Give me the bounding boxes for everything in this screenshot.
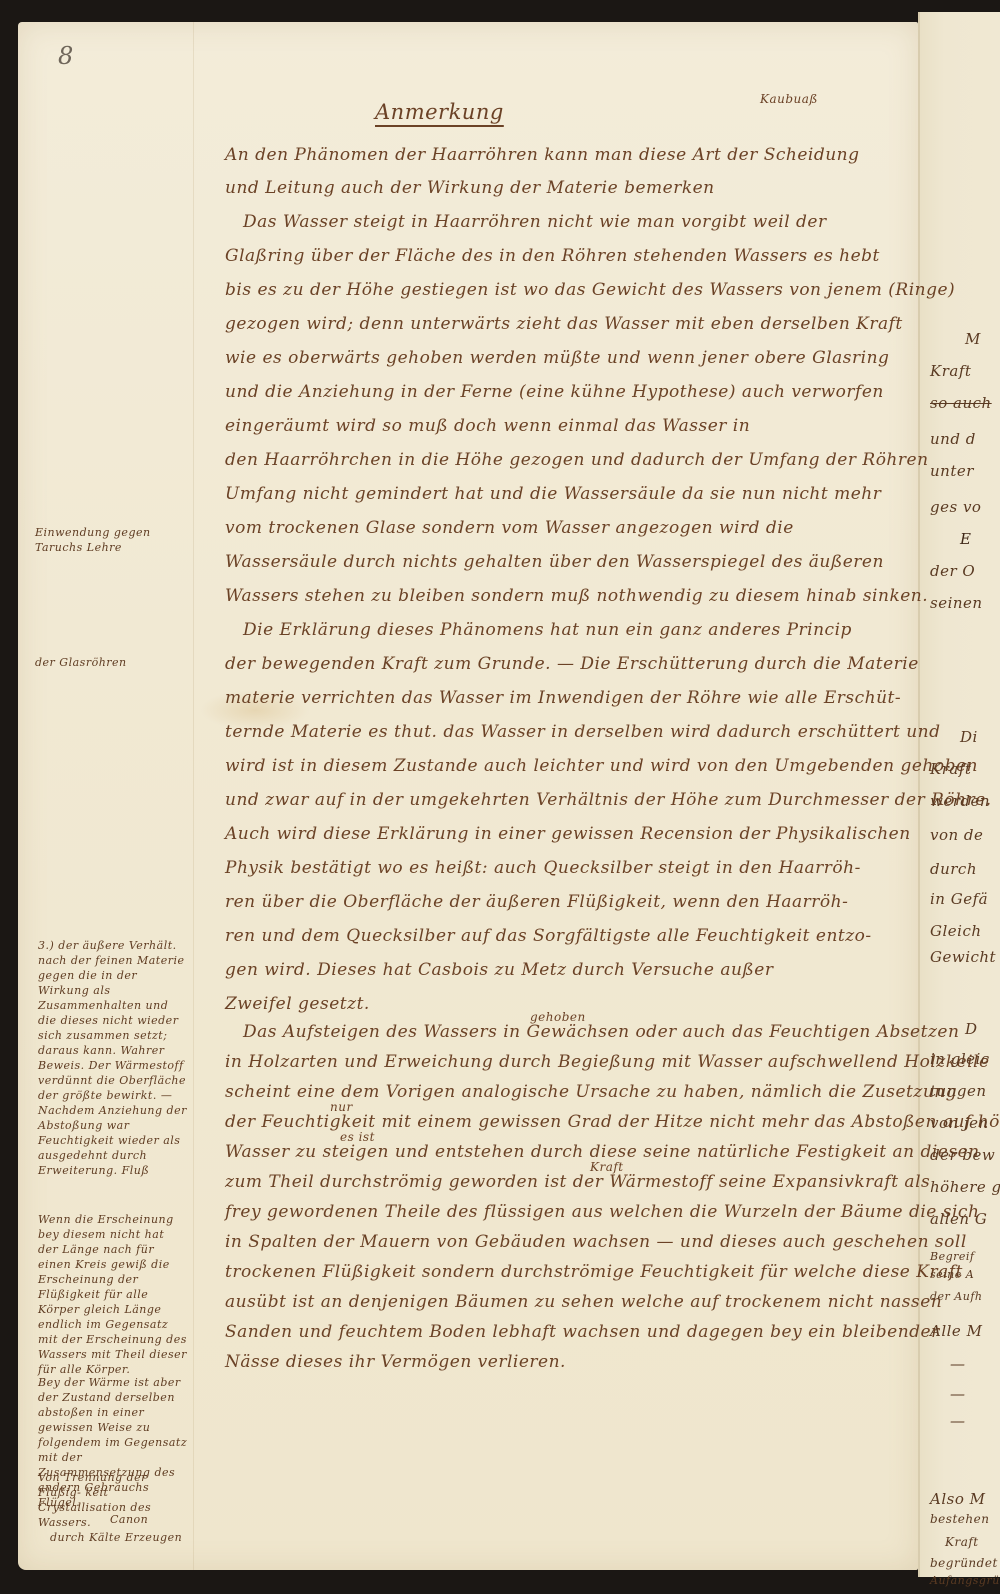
body-line: eingeräumt wird so muß doch wenn einmal … [225,416,750,436]
body-line: in Holzarten und Erweichung durch Begieß… [225,1052,990,1072]
body-line: wie es oberwärts gehoben werden müßte un… [225,348,889,368]
body-line: gen wird. Dieses hat Casbois zu Metz dur… [225,960,773,980]
margin-note: durch Kälte Erzeugen [50,1530,200,1545]
heading-insert: Kaubuaß [760,92,818,106]
body-line: vom trockenen Glase sondern vom Wasser a… [225,518,794,538]
interlinear-insert: es ist [340,1130,375,1144]
adjacent-fragment: Kraft [945,1535,979,1549]
body-line: Wassers stehen zu bleiben sondern muß no… [225,586,928,606]
adjacent-fragment: Alle M [930,1322,982,1340]
adjacent-fragment: bestehen [930,1512,989,1526]
body-line: Sanden und feuchtem Boden lebhaft wachse… [225,1322,940,1342]
adjacent-fragment: der Aufh [930,1290,983,1303]
adjacent-dash: — [950,1385,966,1403]
body-line: trockenen Flüßigkeit sondern durchströmi… [225,1262,963,1282]
adjacent-fragment: E [960,530,971,548]
body-line: der bewegenden Kraft zum Grunde. — Die E… [225,654,919,674]
body-line: An den Phänomen der Haarröhren kann man … [225,145,860,165]
body-line: Nässe dieses ihr Vermögen verlieren. [225,1352,566,1372]
body-line: frey gewordenen Theile des flüssigen aus… [225,1202,979,1222]
interlinear-insert: nur [330,1100,353,1114]
body-line: Physik bestätigt wo es heißt: auch Queck… [225,858,861,878]
body-line: und Leitung auch der Wirkung der Materie… [225,178,715,198]
adjacent-fragment: so auch [930,394,992,412]
body-line: der Feuchtigkeit mit einem gewissen Grad… [225,1112,1000,1132]
body-line: Das Wasser steigt in Haarröhren nicht wi… [243,212,827,232]
adjacent-fragment: in gleic [930,1050,990,1068]
body-line: bis es zu der Höhe gestiegen ist wo das … [225,280,955,300]
adjacent-fragment: seinen [930,594,983,612]
margin-note: der Glasröhren [35,655,180,670]
interlinear-insert: Kraft [590,1160,624,1174]
body-line: und die Anziehung in der Ferne (eine küh… [225,382,884,402]
body-line: Umfang nicht gemindert hat und die Wasse… [225,484,881,504]
adjacent-fragment: begründet [930,1556,998,1570]
body-line: materie verrichten das Wasser im Inwendi… [225,688,901,708]
adjacent-fragment: allen G [930,1210,987,1228]
body-line: ternde Materie es thut. das Wasser in de… [225,722,940,742]
body-line: scheint eine dem Vorigen analogische Urs… [225,1082,957,1102]
page-heading: Anmerkung [375,100,504,124]
body-line: Die Erklärung dieses Phänomens hat nun e… [243,620,852,640]
adjacent-fragment: Begreif [930,1250,975,1263]
adjacent-fragment: höhere g [930,1178,1000,1196]
body-line: ausübt ist an denjenigen Bäumen zu sehen… [225,1292,942,1312]
adjacent-fragment: Aufangsgründe [930,1574,1000,1587]
adjacent-fragment: von de [930,826,983,844]
page-number: 8 [58,42,73,70]
body-line: Zweifel gesetzt. [225,994,370,1014]
adjacent-fragment: Kraft [930,760,971,778]
body-line: Auch wird diese Erklärung in einer gewis… [225,824,911,844]
body-line: Das Aufsteigen des Wassers in Gewächsen … [243,1022,959,1042]
adjacent-fragment: Gewicht [930,948,996,966]
body-line: zum Theil durchströmig geworden ist der … [225,1172,930,1192]
body-line: in Spalten der Mauern von Gebäuden wachs… [225,1232,967,1252]
adjacent-fragment: M [965,330,981,348]
margin-note: 3.) der äußere Verhält. nach der feinen … [38,938,188,1178]
body-line: den Haarröhrchen in die Höhe gezogen und… [225,450,929,470]
adjacent-fragment: tungen [930,1082,987,1100]
margin-note: Wenn die Erscheinung bey diesem nicht ha… [38,1212,188,1377]
adjacent-fragment: der bew [930,1146,995,1164]
adjacent-fragment: und d [930,430,976,448]
interlinear-insert: gehoben [530,1010,586,1024]
body-line: ren und dem Quecksilber auf das Sorgfält… [225,926,872,946]
body-line: gezogen wird; denn unterwärts zieht das … [225,314,903,334]
adjacent-fragment: von jen [930,1114,989,1132]
body-line: Wassersäule durch nichts gehalten über d… [225,552,884,572]
adjacent-fragment: der O [930,562,975,580]
adjacent-fragment: Di [960,728,978,746]
margin-note-insert: Canon [110,1512,148,1527]
body-line: wird ist in diesem Zustande auch leichte… [225,756,978,776]
adjacent-fragment: Also M [930,1490,986,1508]
adjacent-fragment: Kraft [930,362,971,380]
adjacent-fragment: ges vo [930,498,981,516]
adjacent-fragment: D [965,1020,978,1038]
adjacent-fragment: durch [930,860,977,878]
adjacent-fragment: werden [930,792,990,810]
body-line: ren über die Oberfläche der äußeren Flüß… [225,892,848,912]
body-line: Glaßring über der Fläche des in den Röhr… [225,246,880,266]
adjacent-fragment: in Gefä [930,890,988,908]
margin-note: Einwendung gegen Taruchs Lehre [35,525,180,555]
adjacent-fragment: unter [930,462,974,480]
adjacent-dash: — [950,1412,966,1430]
body-line: Wasser zu steigen und entstehen durch di… [225,1142,980,1162]
adjacent-dash: — [950,1355,966,1373]
adjacent-fragment: seine A [930,1268,974,1281]
adjacent-fragment: Gleich [930,922,982,940]
body-line: und zwar auf in der umgekehrten Verhältn… [225,790,992,810]
